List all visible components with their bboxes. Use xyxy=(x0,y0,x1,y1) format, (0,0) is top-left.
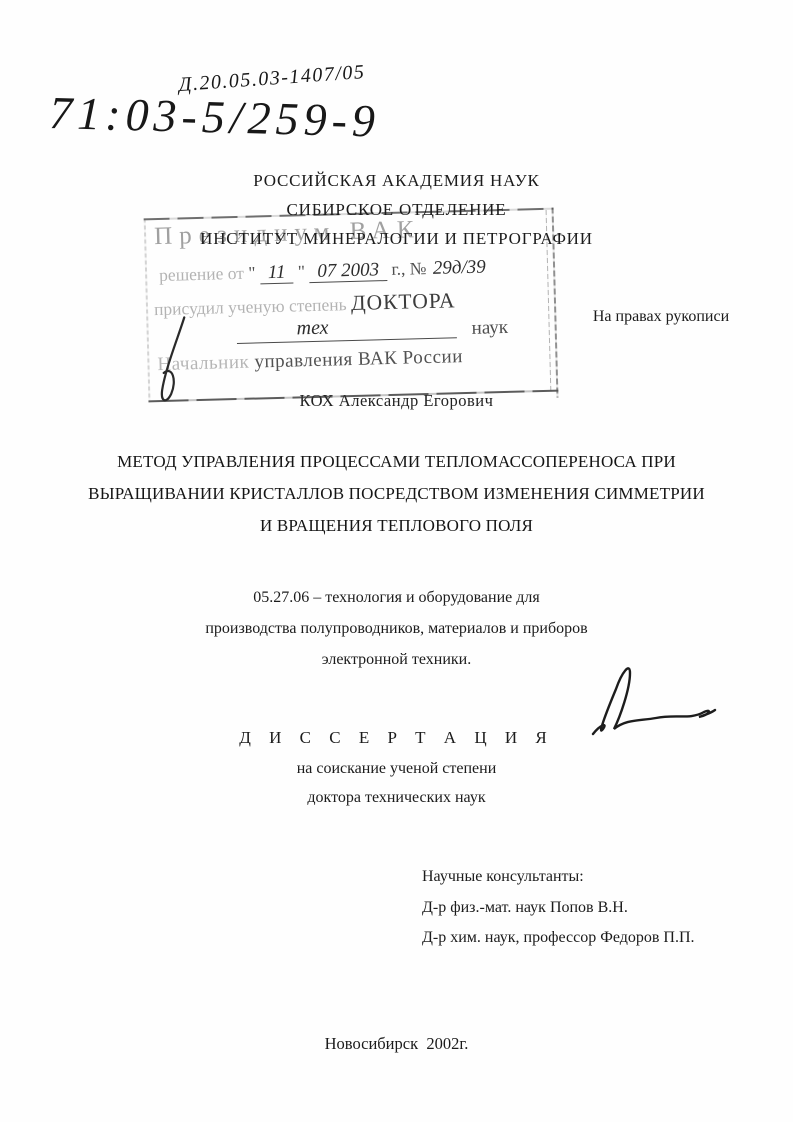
stamp-decision-mid: г., № xyxy=(391,258,427,279)
title-line-2: ВЫРАЩИВАНИИ КРИСТАЛЛОВ ПОСРЕДСТВОМ ИЗМЕН… xyxy=(0,478,793,510)
title-line-3: И ВРАЩЕНИЯ ТЕПЛОВОГО ПОЛЯ xyxy=(0,510,793,542)
degree-seeking-line: на соискание ученой степени xyxy=(0,760,793,778)
stamp-decision-monthyear: 07 2003 xyxy=(309,259,387,283)
consultant-item: Д-р хим. наук, профессор Федоров П.П. xyxy=(422,923,695,954)
stamp-official-rest: управления ВАК России xyxy=(249,346,463,373)
stamp-decision-day: 11 xyxy=(260,261,294,284)
specialty-line-2: производства полупроводников, материалов… xyxy=(0,613,793,644)
academy-name: РОССИЙСКАЯ АКАДЕМИЯ НАУК xyxy=(0,166,793,195)
degree-name-line: доктора технических наук xyxy=(0,789,793,807)
stamp-open-quote: " xyxy=(248,262,256,282)
stamp-signature-mark xyxy=(148,315,213,417)
handwritten-code-large: 71:03-5/259-9 xyxy=(49,86,381,148)
stamp-field-value: тех xyxy=(296,317,329,341)
consultant-item: Д-р физ.-мат. наук Попов В.Н. xyxy=(422,893,695,924)
dissertation-title: МЕТОД УПРАВЛЕНИЯ ПРОЦЕССАМИ ТЕПЛОМАССОПЕ… xyxy=(0,446,793,542)
dissertation-heading: Д И С С Е Р Т А Ц И Я xyxy=(0,728,793,748)
institute-name: ИНСТИТУТ МИНЕРАЛОГИИ И ПЕТРОГРАФИИ xyxy=(0,224,793,253)
branch-name: СИБИРСКОЕ ОТДЕЛЕНИЕ xyxy=(0,195,793,224)
stamp-field-underline xyxy=(237,337,457,344)
stamp-decision-line: решение от " 11 " 07 2003 г., № 29д/39 xyxy=(159,256,488,287)
stamp-decision-number: 29д/39 xyxy=(431,256,488,278)
consultants-block: Научные консультанты: Д-р физ.-мат. наук… xyxy=(422,862,695,954)
title-line-1: МЕТОД УПРАВЛЕНИЯ ПРОЦЕССАМИ ТЕПЛОМАССОПЕ… xyxy=(0,446,793,478)
stamp-close-quote: " xyxy=(298,261,306,281)
specialty-line-1: 05.27.06 – технология и оборудование для xyxy=(0,582,793,613)
stamp-degree-word: ДОКТОРА xyxy=(351,288,456,315)
stamp-field-suffix: наук xyxy=(471,317,508,340)
consultants-heading: Научные консультанты: xyxy=(422,862,695,893)
manuscript-rights-note: На правах рукописи xyxy=(555,308,767,326)
stamp-decision-prefix: решение от xyxy=(159,263,244,285)
document-page: Д.20.05.03-1407/05 71:03-5/259-9 РОССИЙС… xyxy=(0,0,793,1122)
institution-header: РОССИЙСКАЯ АКАДЕМИЯ НАУК СИБИРСКОЕ ОТДЕЛ… xyxy=(0,166,793,253)
city-year-line: Новосибирск 2002г. xyxy=(0,1034,793,1054)
